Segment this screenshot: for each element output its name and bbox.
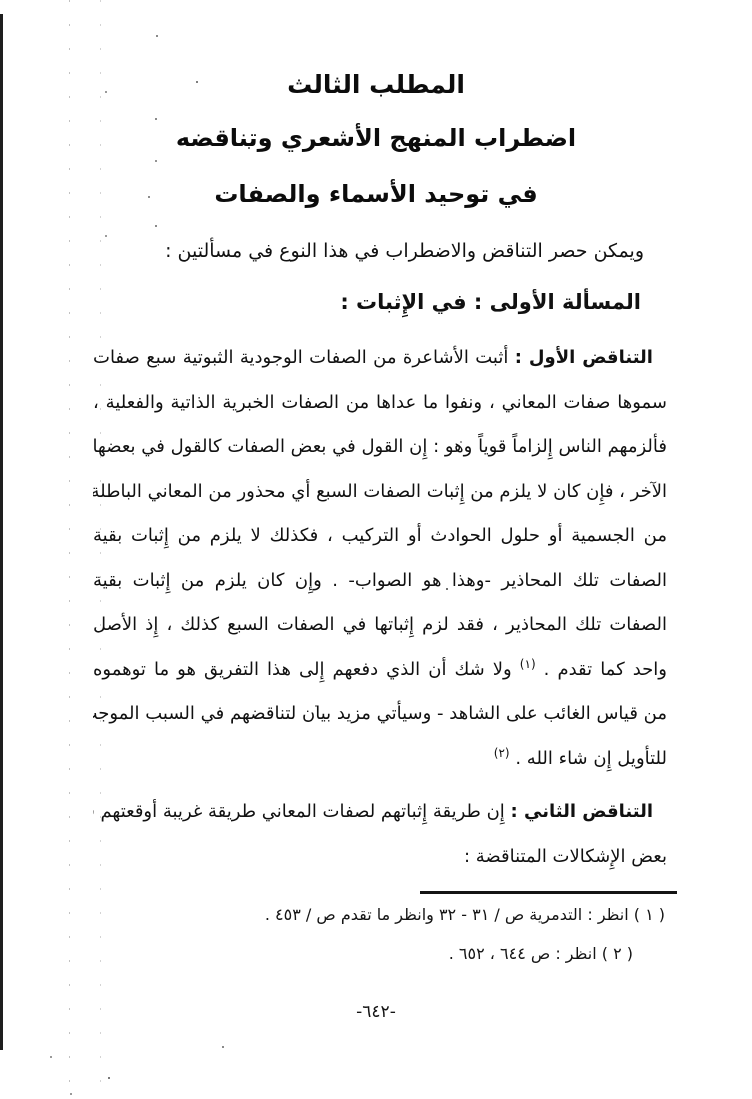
body-line: بعض الإِشكالات المتناقضة : [93,835,667,880]
footnote-ref-1: (١) [520,657,536,671]
body-line: من قياس الغائب على الشاهد - وسيأتي مزيد … [93,692,667,737]
footnote-2: ( ٢ ) انظر : ص ٦٤٤ ، ٦٥٢ . [60,944,633,963]
body-line: الصفات تلك المحاذير ، فقد لزم إِثباتها ف… [93,603,667,648]
page-number: -٦٤٢- [0,1002,752,1022]
chapter-subtitle-2: في توحيد الأسماء والصفات [0,180,752,208]
body-line: الصفات تلك المحاذير -وهذا هو الصواب- . و… [93,559,667,604]
page-fold-line [69,0,70,1099]
paragraph-lead-bold: التناقض الأول : [515,347,653,368]
chapter-title: المطلب الثالث [0,70,752,99]
body-line: فألزمهم الناس إِلزاماً قوياً وهو : إِن ا… [93,425,667,470]
section-heading: المسألة الأولى : في الإِثبات : [40,290,641,314]
body-line: واحد كما تقدم . (١) ولا شك أن الذي دفعهم… [93,648,667,693]
footnote-ref-2: (٢) [494,746,510,760]
footnote-divider [420,891,677,894]
left-margin-rule [0,14,3,1050]
paragraph-contradiction-2: التناقض الثاني : إِن طريقة إِثباتهم لصفا… [93,790,667,879]
body-line: للتأويل إِن شاء الله . (٢) [93,737,667,782]
body-line: سموها صفات المعاني ، ونفوا ما عداها من ا… [93,381,667,426]
body-line: من الجسمية أو حلول الحوادث أو التركيب ، … [93,514,667,559]
footnote-1: ( ١ ) انظر : التدمرية ص / ٣١ - ٣٢ وانظر … [60,905,665,924]
chapter-subtitle: اضطراب المنهج الأشعري وتناقضه [0,124,752,152]
scanned-book-page: المطلب الثالث اضطراب المنهج الأشعري وتنا… [0,0,752,1099]
scan-noise-specks [0,0,2,2]
body-text: واحد كما تقدم . [544,659,667,680]
body-line: الآخر ، فإِن كان لا يلزم من إِثبات الصفا… [93,470,667,515]
body-text: للتأويل إِن شاء الله . [515,748,667,769]
paragraph-contradiction-1: التناقض الأول : أثبت الأشاعرة من الصفات … [93,336,667,781]
body-line: التناقض الأول : أثبت الأشاعرة من الصفات … [93,336,667,381]
paragraph-lead-bold: التناقض الثاني : [511,801,653,822]
intro-sentence: ويمكن حصر التناقض والاضطراب في هذا النوع… [40,240,644,262]
body-text: أثبت الأشاعرة من الصفات الوجودية الثبوتي… [93,347,508,368]
body-text: ولا شك أن الذي دفعهم إِلى هذا التفريق هو… [93,659,512,680]
body-line: التناقض الثاني : إِن طريقة إِثباتهم لصفا… [93,790,667,835]
body-text: إِن طريقة إِثباتهم لصفات المعاني طريقة غ… [93,801,505,822]
